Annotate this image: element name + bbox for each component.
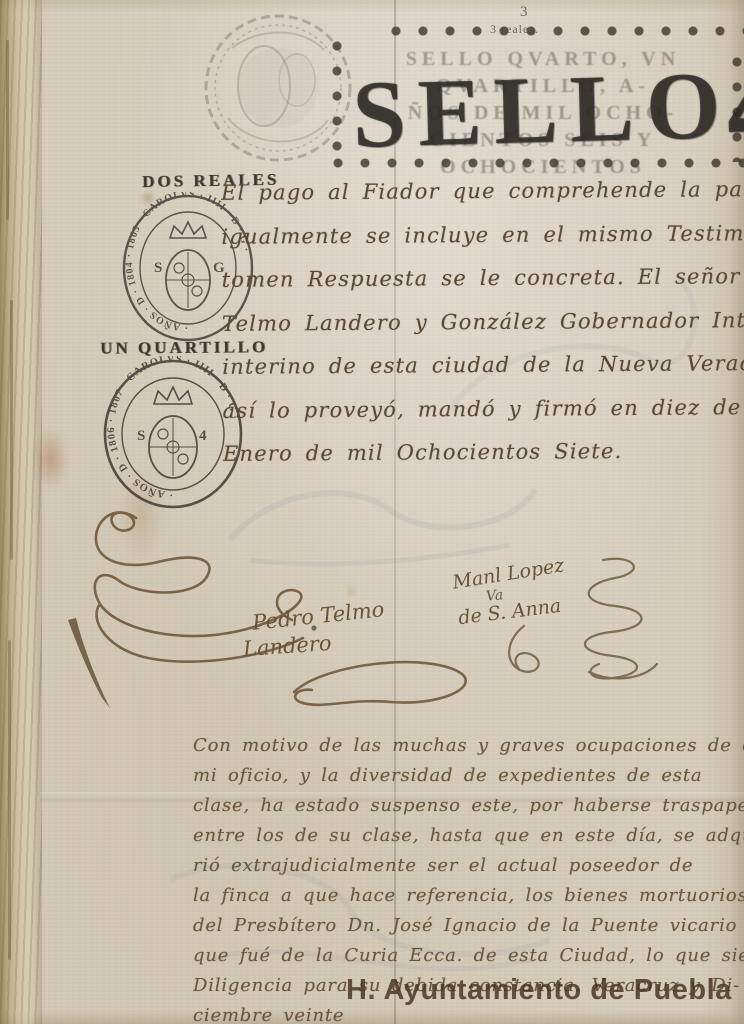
sello-digit: 4 xyxy=(724,29,744,178)
archive-watermark: H. Ayuntamiento de Puebla xyxy=(346,974,732,1007)
signature-spiral-flourish xyxy=(545,552,665,692)
ink-smudge xyxy=(58,612,128,712)
manuscript-line: entre los de su clase, hasta que en este… xyxy=(193,821,744,851)
manuscript-line: igualmente se incluye en el mismo Testim… xyxy=(221,212,743,259)
manuscript-page: 3 3 reales. SELLO QVARTO, VN QVARTILLO, … xyxy=(0,0,744,1024)
manuscript-line: mi oficio, y la diversidad de expediente… xyxy=(193,761,744,791)
manuscript-line: que fué de la Curia Ecca. de esta Ciudad… xyxy=(193,941,744,971)
ink-stain xyxy=(34,428,68,490)
page-number: 3 xyxy=(520,4,528,21)
crown-icon xyxy=(154,387,192,404)
manuscript-line: Con motivo de las muchas y graves ocupac… xyxy=(193,731,744,761)
manuscript-line: rió extrajudicialmente ser el actual pos… xyxy=(193,851,744,881)
sello-cuarto-stamp: 3 reales. SELLO QVARTO, VN QVARTILLO, A-… xyxy=(330,20,744,170)
paraph-flourish xyxy=(492,618,552,680)
signature-flourish xyxy=(282,648,482,720)
manuscript-line: del Presbítero Dn. José Ignacio de la Pu… xyxy=(193,911,744,941)
binding-crack xyxy=(6,40,9,220)
manuscript-line: El pago al Fiador que comprehende la par… xyxy=(221,168,743,215)
ink-stain xyxy=(346,586,356,596)
crown-icon xyxy=(170,222,206,238)
oval-stamp-left-letter: S xyxy=(154,260,162,276)
binding-crack xyxy=(8,640,11,960)
manuscript-line: Telmo Landero y González Gobernador Inte… xyxy=(222,299,744,346)
manuscript-line: Enero de mil Ochocientos Siete. xyxy=(223,429,744,476)
stamp-dot-border-left xyxy=(330,38,344,162)
sello-word: SELLO xyxy=(351,51,734,168)
manuscript-line: tomen Respuesta se le concreta. El señor… xyxy=(222,255,744,302)
manuscript-line: interino de esta ciudad de la Nueva Vera… xyxy=(222,342,744,389)
stamp-overprint-sello4: SELLO4 xyxy=(350,14,744,179)
oval-stamp-left-letter: S xyxy=(137,428,145,444)
manuscript-paragraph-1: El pago al Fiador que comprehende la par… xyxy=(221,168,744,476)
manuscript-line: la finca a que hace referencia, los bien… xyxy=(193,881,744,911)
manuscript-line: clase, ha estado suspenso este, por habe… xyxy=(193,791,744,821)
oval-stamp-right-letter: 4 xyxy=(199,428,207,444)
manuscript-line: así lo proveyó, mandó y firmó en diez de xyxy=(222,386,744,433)
binding-crack xyxy=(10,300,13,560)
